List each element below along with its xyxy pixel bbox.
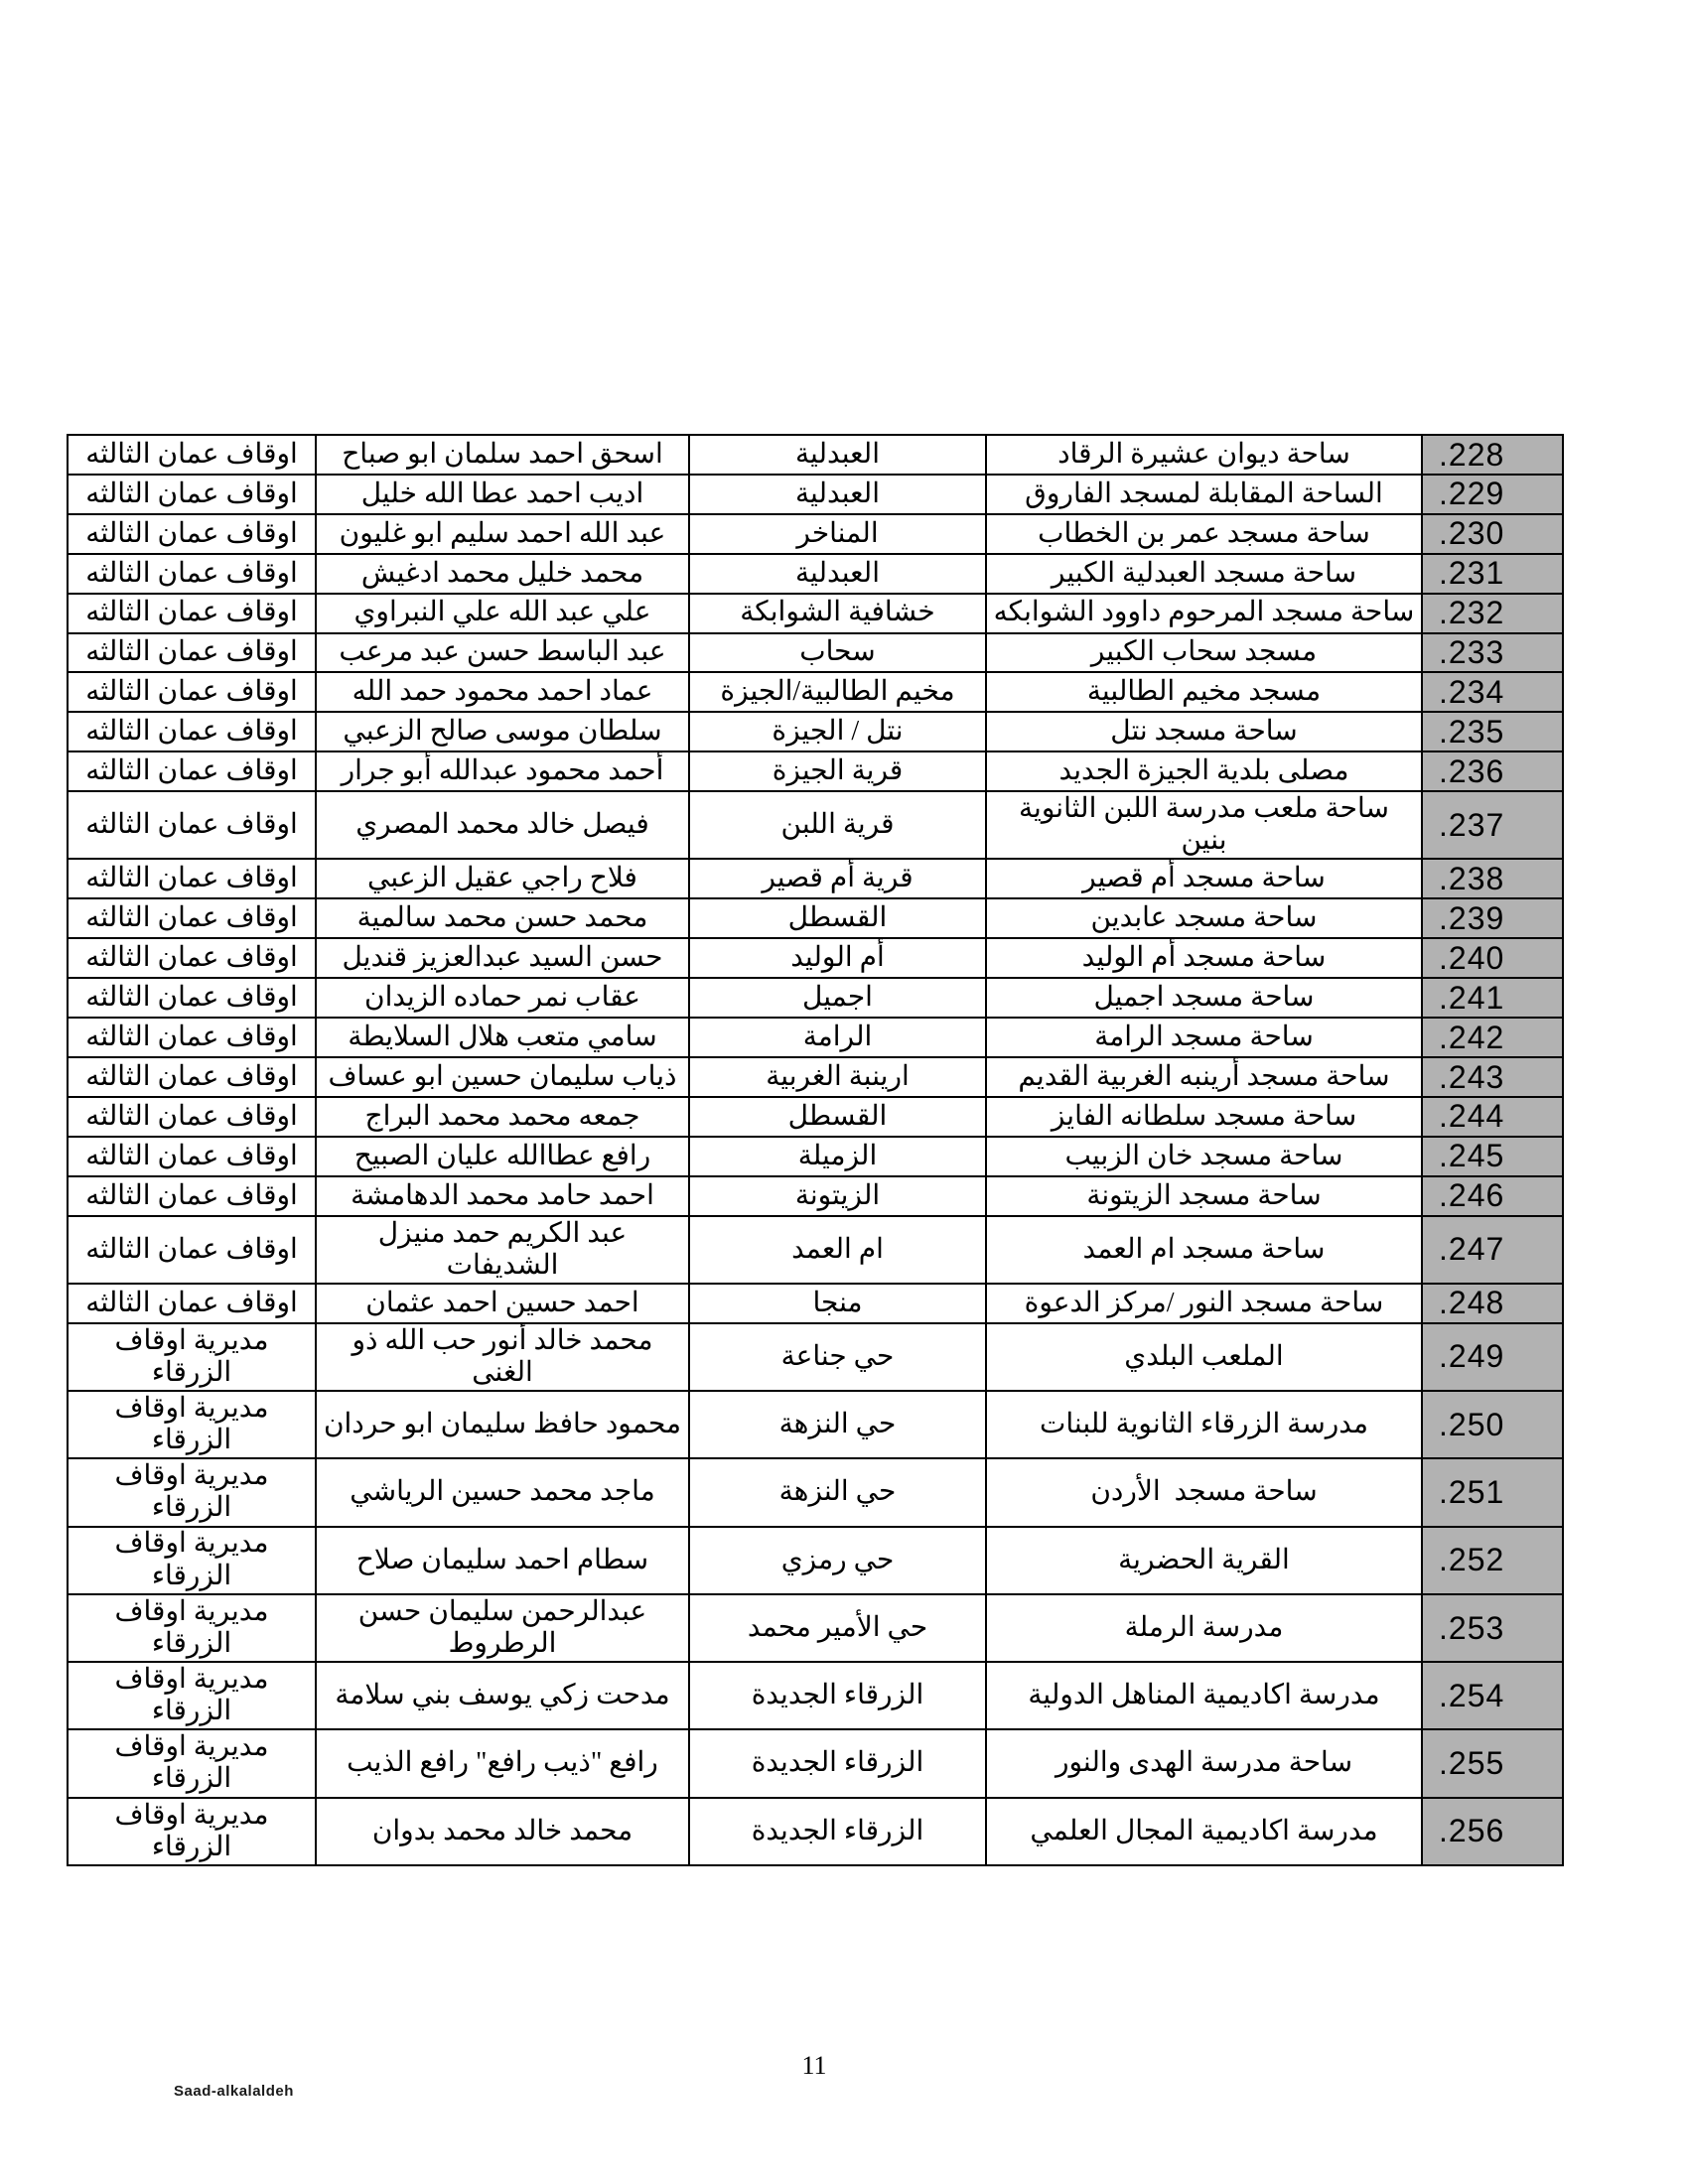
- area-cell: حي رمزي: [689, 1527, 986, 1594]
- row-number-cell: .238: [1422, 859, 1563, 898]
- row-number-cell: .251: [1422, 1458, 1563, 1526]
- row-number-cell: .250: [1422, 1391, 1563, 1458]
- table-row: .249 الملعب البلدي حي جناعة محمد خالد أن…: [68, 1323, 1563, 1391]
- person-cell: محمد حسن محمد سالمية: [316, 898, 689, 938]
- directorate-cell: اوقاف عمان الثالثه: [68, 435, 316, 475]
- place-cell: ساحة ديوان عشيرة الرقاد: [986, 435, 1422, 475]
- directorate-cell: اوقاف عمان الثالثه: [68, 514, 316, 554]
- table-row: .229 الساحة المقابلة لمسجد الفاروق العبد…: [68, 475, 1563, 514]
- person-cell: محمد خالد محمد بدوان: [316, 1798, 689, 1865]
- page-number: 11: [67, 2051, 1562, 2081]
- person-cell: رافع عطاالله عليان الصبيح: [316, 1137, 689, 1176]
- person-cell: عبد الباسط حسن عبد مرعب: [316, 633, 689, 673]
- place-cell: ساحة مدرسة الهدى والنور: [986, 1729, 1422, 1797]
- directorate-cell: اوقاف عمان الثالثه: [68, 859, 316, 898]
- table-row: .234 مسجد مخيم الطالبية مخيم الطالبية/ال…: [68, 672, 1563, 712]
- row-number-cell: .235: [1422, 712, 1563, 751]
- place-cell: مدرسة الزرقاء الثانوية للبنات: [986, 1391, 1422, 1458]
- directorate-cell: اوقاف عمان الثالثه: [68, 594, 316, 633]
- person-cell: عقاب نمر حماده الزيدان: [316, 978, 689, 1018]
- area-cell: ارينبة الغربية: [689, 1057, 986, 1097]
- area-cell: القسطل: [689, 1097, 986, 1137]
- area-cell: الزميلة: [689, 1137, 986, 1176]
- place-cell: ساحة مسجد الأردن: [986, 1458, 1422, 1526]
- directorate-cell: اوقاف عمان الثالثه: [68, 1057, 316, 1097]
- table-row: .238 ساحة مسجد أم قصير قرية أم قصير فلاح…: [68, 859, 1563, 898]
- row-number-cell: .248: [1422, 1284, 1563, 1323]
- row-number-cell: .256: [1422, 1798, 1563, 1865]
- row-number-cell: .239: [1422, 898, 1563, 938]
- table-row: .256 مدرسة اكاديمية المجال العلمي الزرقا…: [68, 1798, 1563, 1865]
- area-cell: الزيتونة: [689, 1176, 986, 1216]
- area-cell: العبدلية: [689, 554, 986, 594]
- directorate-cell: اوقاف عمان الثالثه: [68, 475, 316, 514]
- directorate-cell: اوقاف عمان الثالثه: [68, 712, 316, 751]
- place-cell: ساحة مسجد سلطانه الفايز: [986, 1097, 1422, 1137]
- table-row: .232 ساحة مسجد المرحوم داوود الشوابكه خش…: [68, 594, 1563, 633]
- table-row: .244 ساحة مسجد سلطانه الفايز القسطل جمعه…: [68, 1097, 1563, 1137]
- person-cell: أحمد محمود عبدالله أبو جرار: [316, 751, 689, 791]
- table-row: .231 ساحة مسجد العبدلية الكبير العبدلية …: [68, 554, 1563, 594]
- place-cell: الساحة المقابلة لمسجد الفاروق: [986, 475, 1422, 514]
- directorate-cell: مديرية اوقاف الزرقاء: [68, 1527, 316, 1594]
- person-cell: عبد الله احمد سليم ابو غليون: [316, 514, 689, 554]
- directorate-cell: مديرية اوقاف الزرقاء: [68, 1798, 316, 1865]
- area-cell: منجا: [689, 1284, 986, 1323]
- directorate-cell: اوقاف عمان الثالثه: [68, 1018, 316, 1057]
- row-number-cell: .246: [1422, 1176, 1563, 1216]
- person-cell: علي عبد الله علي النبراوي: [316, 594, 689, 633]
- directorate-cell: اوقاف عمان الثالثه: [68, 633, 316, 673]
- directorate-cell: اوقاف عمان الثالثه: [68, 672, 316, 712]
- row-number-cell: .228: [1422, 435, 1563, 475]
- person-cell: محمد خالد أنور حب الله ذو الغنى: [316, 1323, 689, 1391]
- row-number-cell: .247: [1422, 1216, 1563, 1284]
- directorate-cell: اوقاف عمان الثالثه: [68, 751, 316, 791]
- place-cell: مدرسة الرملة: [986, 1594, 1422, 1662]
- row-number-cell: .234: [1422, 672, 1563, 712]
- directorate-cell: اوقاف عمان الثالثه: [68, 898, 316, 938]
- person-cell: ذياب سليمان حسين ابو عساف: [316, 1057, 689, 1097]
- place-cell: الملعب البلدي: [986, 1323, 1422, 1391]
- place-cell: مدرسة اكاديمية المجال العلمي: [986, 1798, 1422, 1865]
- table-row: .243 ساحة مسجد أرينبه الغربية القديم اري…: [68, 1057, 1563, 1097]
- row-number-cell: .236: [1422, 751, 1563, 791]
- place-cell: مسجد مخيم الطالبية: [986, 672, 1422, 712]
- area-cell: الزرقاء الجديدة: [689, 1729, 986, 1797]
- area-cell: حي جناعة: [689, 1323, 986, 1391]
- directorate-cell: اوقاف عمان الثالثه: [68, 791, 316, 859]
- directorate-cell: اوقاف عمان الثالثه: [68, 938, 316, 978]
- place-cell: ساحة مسجد أم الوليد: [986, 938, 1422, 978]
- person-cell: محمد خليل محمد ادغيش: [316, 554, 689, 594]
- place-cell: ساحة مسجد الزيتونة: [986, 1176, 1422, 1216]
- area-cell: حي الأمير محمد: [689, 1594, 986, 1662]
- row-number-cell: .252: [1422, 1527, 1563, 1594]
- person-cell: فيصل خالد محمد المصري: [316, 791, 689, 859]
- place-cell: ساحة مسجد أرينبه الغربية القديم: [986, 1057, 1422, 1097]
- directorate-cell: اوقاف عمان الثالثه: [68, 554, 316, 594]
- place-cell: ساحة مسجد النور /مركز الدعوة: [986, 1284, 1422, 1323]
- table-row: .233 مسجد سحاب الكبير سحاب عبد الباسط حس…: [68, 633, 1563, 673]
- row-number-cell: .255: [1422, 1729, 1563, 1797]
- area-cell: خشافية الشوابكة: [689, 594, 986, 633]
- place-cell: مصلى بلدية الجيزة الجديد: [986, 751, 1422, 791]
- row-number-cell: .237: [1422, 791, 1563, 859]
- row-number-cell: .229: [1422, 475, 1563, 514]
- area-cell: القسطل: [689, 898, 986, 938]
- table-row: .248 ساحة مسجد النور /مركز الدعوة منجا ا…: [68, 1284, 1563, 1323]
- row-number-cell: .231: [1422, 554, 1563, 594]
- row-number-cell: .253: [1422, 1594, 1563, 1662]
- place-cell: ساحة مسجد عمر بن الخطاب: [986, 514, 1422, 554]
- directorate-cell: اوقاف عمان الثالثه: [68, 978, 316, 1018]
- place-cell: القرية الحضرية: [986, 1527, 1422, 1594]
- area-cell: حي النزهة: [689, 1458, 986, 1526]
- table-row: .241 ساحة مسجد اجميل اجميل عقاب نمر حماد…: [68, 978, 1563, 1018]
- person-cell: محمود حافظ سليمان ابو حردان: [316, 1391, 689, 1458]
- area-cell: العبدلية: [689, 475, 986, 514]
- table-row: .245 ساحة مسجد خان الزبيب الزميلة رافع ع…: [68, 1137, 1563, 1176]
- directorate-cell: اوقاف عمان الثالثه: [68, 1284, 316, 1323]
- table-row: .242 ساحة مسجد الرامة الرامة سامي متعب ه…: [68, 1018, 1563, 1057]
- table-row: .246 ساحة مسجد الزيتونة الزيتونة احمد حا…: [68, 1176, 1563, 1216]
- person-cell: ماجد محمد حسين الرياشي: [316, 1458, 689, 1526]
- area-cell: اجميل: [689, 978, 986, 1018]
- row-number-cell: .240: [1422, 938, 1563, 978]
- area-cell: قرية اللبن: [689, 791, 986, 859]
- person-cell: فلاح راجي عقيل الزعبي: [316, 859, 689, 898]
- person-cell: جمعه محمد محمد البراج: [316, 1097, 689, 1137]
- table-row: .252 القرية الحضرية حي رمزي سطام احمد سل…: [68, 1527, 1563, 1594]
- directorate-cell: اوقاف عمان الثالثه: [68, 1097, 316, 1137]
- person-cell: اديب احمد عطا الله خليل: [316, 475, 689, 514]
- area-cell: مخيم الطالبية/الجيزة: [689, 672, 986, 712]
- row-number-cell: .230: [1422, 514, 1563, 554]
- table-row: .253 مدرسة الرملة حي الأمير محمد عبدالرح…: [68, 1594, 1563, 1662]
- directorate-cell: اوقاف عمان الثالثه: [68, 1137, 316, 1176]
- table-row: .255 ساحة مدرسة الهدى والنور الزرقاء الج…: [68, 1729, 1563, 1797]
- place-cell: ساحة مسجد خان الزبيب: [986, 1137, 1422, 1176]
- place-cell: ساحة مسجد أم قصير: [986, 859, 1422, 898]
- table-row: .228 ساحة ديوان عشيرة الرقاد العبدلية اس…: [68, 435, 1563, 475]
- area-cell: أم الوليد: [689, 938, 986, 978]
- person-cell: سامي متعب هلال السلايطة: [316, 1018, 689, 1057]
- person-cell: احمد حامد محمد الدهامشة: [316, 1176, 689, 1216]
- person-cell: سلطان موسى صالح الزعبي: [316, 712, 689, 751]
- place-cell: ساحة مسجد المرحوم داوود الشوابكه: [986, 594, 1422, 633]
- directorate-cell: اوقاف عمان الثالثه: [68, 1216, 316, 1284]
- table-row: .250 مدرسة الزرقاء الثانوية للبنات حي ال…: [68, 1391, 1563, 1458]
- area-cell: الرامة: [689, 1018, 986, 1057]
- person-cell: رافع "ذيب رافع" رافع الذيب: [316, 1729, 689, 1797]
- row-number-cell: .249: [1422, 1323, 1563, 1391]
- place-cell: ساحة ملعب مدرسة اللبن الثانوية بنين: [986, 791, 1422, 859]
- person-cell: عبد الكريم حمد منيزل الشديفات: [316, 1216, 689, 1284]
- row-number-cell: .245: [1422, 1137, 1563, 1176]
- person-cell: اسحق احمد سلمان ابو صباح: [316, 435, 689, 475]
- place-cell: مدرسة اكاديمية المناهل الدولية: [986, 1662, 1422, 1729]
- area-cell: سحاب: [689, 633, 986, 673]
- person-cell: عبدالرحمن سليمان حسن الرطروط: [316, 1594, 689, 1662]
- place-cell: مسجد سحاب الكبير: [986, 633, 1422, 673]
- directorate-cell: مديرية اوقاف الزرقاء: [68, 1594, 316, 1662]
- person-cell: عماد احمد محمود حمد الله: [316, 672, 689, 712]
- footer-signature: Saad-alkalaldeh: [174, 2083, 294, 2100]
- area-cell: ام العمد: [689, 1216, 986, 1284]
- directorate-cell: مديرية اوقاف الزرقاء: [68, 1391, 316, 1458]
- person-cell: احمد حسين احمد عثمان: [316, 1284, 689, 1323]
- directorate-cell: مديرية اوقاف الزرقاء: [68, 1323, 316, 1391]
- table-row: .236 مصلى بلدية الجيزة الجديد قرية الجيز…: [68, 751, 1563, 791]
- row-number-cell: .242: [1422, 1018, 1563, 1057]
- table-row: .235 ساحة مسجد نتل نتل / الجيزة سلطان مو…: [68, 712, 1563, 751]
- area-cell: قرية أم قصير: [689, 859, 986, 898]
- person-cell: حسن السيد عبدالعزيز قنديل: [316, 938, 689, 978]
- row-number-cell: .254: [1422, 1662, 1563, 1729]
- person-cell: سطام احمد سليمان صلاح: [316, 1527, 689, 1594]
- row-number-cell: .243: [1422, 1057, 1563, 1097]
- area-cell: الزرقاء الجديدة: [689, 1662, 986, 1729]
- area-cell: المناخر: [689, 514, 986, 554]
- person-cell: مدحت زكي يوسف بني سلامة: [316, 1662, 689, 1729]
- row-number-cell: .233: [1422, 633, 1563, 673]
- place-cell: ساحة مسجد الرامة: [986, 1018, 1422, 1057]
- area-cell: نتل / الجيزة: [689, 712, 986, 751]
- table-row: .230 ساحة مسجد عمر بن الخطاب المناخر عبد…: [68, 514, 1563, 554]
- area-cell: قرية الجيزة: [689, 751, 986, 791]
- table-row: .239 ساحة مسجد عابدين القسطل محمد حسن مح…: [68, 898, 1563, 938]
- area-cell: الزرقاء الجديدة: [689, 1798, 986, 1865]
- directorate-cell: اوقاف عمان الثالثه: [68, 1176, 316, 1216]
- table-row: .247 ساحة مسجد ام العمد ام العمد عبد الك…: [68, 1216, 1563, 1284]
- place-cell: ساحة مسجد عابدين: [986, 898, 1422, 938]
- table-row: .237 ساحة ملعب مدرسة اللبن الثانوية بنين…: [68, 791, 1563, 859]
- place-cell: ساحة مسجد العبدلية الكبير: [986, 554, 1422, 594]
- place-cell: ساحة مسجد ام العمد: [986, 1216, 1422, 1284]
- place-cell: ساحة مسجد اجميل: [986, 978, 1422, 1018]
- directorate-cell: مديرية اوقاف الزرقاء: [68, 1729, 316, 1797]
- table-row: .240 ساحة مسجد أم الوليد أم الوليد حسن ا…: [68, 938, 1563, 978]
- area-cell: العبدلية: [689, 435, 986, 475]
- document-page: .228 ساحة ديوان عشيرة الرقاد العبدلية اس…: [0, 0, 1688, 2184]
- directorate-cell: مديرية اوقاف الزرقاء: [68, 1662, 316, 1729]
- waqf-assignments-table: .228 ساحة ديوان عشيرة الرقاد العبدلية اس…: [67, 434, 1564, 1866]
- place-cell: ساحة مسجد نتل: [986, 712, 1422, 751]
- row-number-cell: .232: [1422, 594, 1563, 633]
- table-row: .254 مدرسة اكاديمية المناهل الدولية الزر…: [68, 1662, 1563, 1729]
- area-cell: حي النزهة: [689, 1391, 986, 1458]
- row-number-cell: .244: [1422, 1097, 1563, 1137]
- row-number-cell: .241: [1422, 978, 1563, 1018]
- table-body: .228 ساحة ديوان عشيرة الرقاد العبدلية اس…: [68, 435, 1563, 1865]
- directorate-cell: مديرية اوقاف الزرقاء: [68, 1458, 316, 1526]
- table-row: .251 ساحة مسجد الأردن حي النزهة ماجد محم…: [68, 1458, 1563, 1526]
